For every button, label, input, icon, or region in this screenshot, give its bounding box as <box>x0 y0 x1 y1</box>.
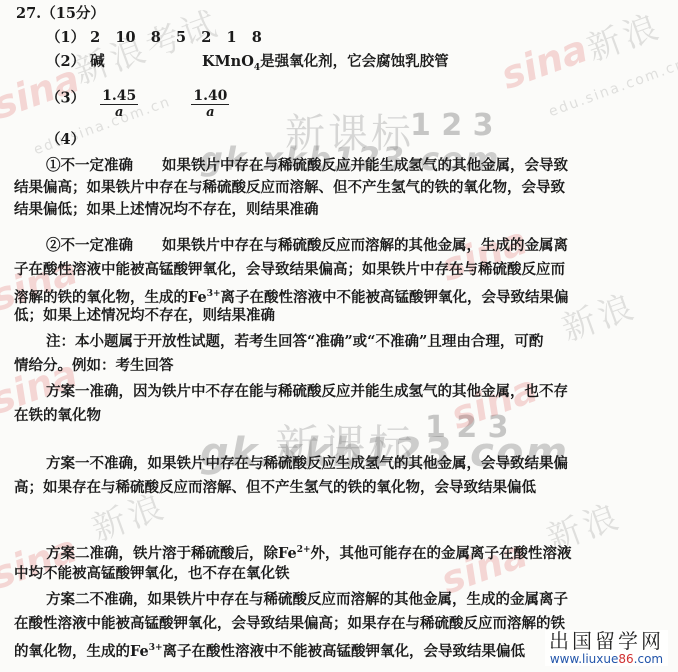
xinkebiao-watermark: 新课标 <box>285 102 414 159</box>
logo-title: 出国留学网 <box>549 630 664 652</box>
part-1: （1） 2 10 8 5 2 1 8 <box>46 28 262 48</box>
text-line: 方案二不准确，如果铁片中存在与稀硫酸反应而溶解的其他金属，生成的金属离子 <box>46 590 568 610</box>
logo-123-watermark: 1 2 3 <box>425 410 509 445</box>
part-4: （4） <box>46 130 85 150</box>
question-number: 27. <box>16 5 41 22</box>
text-line: 方案一准确，因为铁片中不存在能与稀硫酸反应并能生成氢气的其他金属，也不存 <box>46 382 568 402</box>
text-line: 子在酸性溶液中能被高锰酸钾氧化，会导致结果偏高；如果铁片中存在与稀硫酸反应而 <box>14 260 565 280</box>
text-line: ①不一定准确 如果铁片中存在与稀硫酸反应并能生成氢气的其他金属，会导致 <box>46 156 568 176</box>
fraction-2: 1.40a <box>191 88 229 121</box>
fe3-ion: Fe3+ <box>130 643 163 660</box>
text-line: 结果偏高；如果铁片中存在与稀硫酸反应而溶解、但不产生氢气的铁的氧化物，会导致 <box>14 178 565 198</box>
edu-url-watermark: edu.sina.com.cn <box>547 56 678 121</box>
part-2: （2） 碱 <box>46 52 105 72</box>
part-2-explanation: KMnO4是强氧化剂，它会腐蚀乳胶管 <box>202 52 449 78</box>
xinlang-watermark: 新浪 <box>579 0 667 71</box>
text-line: 在酸性溶液中能被高锰酸钾氧化，会导致结果偏高；如果存在与稀硫酸反应而溶解的铁 <box>14 614 565 634</box>
part-2-answer: 碱 <box>90 53 105 70</box>
part-3: （3） 1.45a 1.40a <box>46 82 239 115</box>
text-line: ②不一定准确 如果铁片中存在与稀硫酸反应而溶解的其他金属，生成的金属离 <box>46 236 568 256</box>
question-points: （15分） <box>41 5 105 22</box>
sina-watermark: sina <box>445 366 543 438</box>
text-line: 低；如果上述情况均不存在，则结果准确 <box>14 306 275 326</box>
question-header: 27.（15分） <box>16 4 105 24</box>
note-line: 注：本小题属于开放性试题，若考生回答“准确”或“不准确”且理由合理，可酌 <box>46 332 543 352</box>
logo-url: www.liuxue86.com <box>549 652 664 666</box>
text-line: 的氧化物，生成的Fe3+离子在酸性溶液中不能被高锰酸钾氧化，会导致结果偏低 <box>14 638 525 662</box>
text-line: 结果偏低；如果上述情况均不存在，则结果准确 <box>14 200 319 220</box>
text-line: 在铁的氧化物 <box>14 406 101 426</box>
fraction-1: 1.45a <box>100 88 138 121</box>
fe2-ion: Fe2+ <box>278 545 311 562</box>
text-line: 方案二准确，铁片溶于稀硫酸后，除Fe2+外，其他可能存在的金属离子在酸性溶液 <box>46 540 572 564</box>
sina-watermark: sina <box>495 26 593 98</box>
text-line: 溶解的铁的氧化物，生成的Fe3+离子在酸性溶液中不能被高锰酸钾氧化，会导致结果偏 <box>14 284 569 308</box>
text-line: 方案一不准确，如果铁片中存在与稀硫酸反应生成氢气的其他金属，会导致结果偏 <box>46 454 568 474</box>
note-line: 情给分。例如：考生回答 <box>14 356 174 376</box>
logo-123-watermark: 1 2 3 <box>410 108 494 143</box>
liuxue86-logo: 出国留学网 www.liuxue86.com <box>545 630 668 666</box>
text-line: 中均不能被高锰酸钾氧化，也不存在氧化铁 <box>14 564 290 584</box>
text-line: 高；如果存在与稀硫酸反应而溶解、但不产生氢气的铁的氧化物，会导致结果偏低 <box>14 478 536 498</box>
fe3-ion: Fe3+ <box>188 289 221 306</box>
